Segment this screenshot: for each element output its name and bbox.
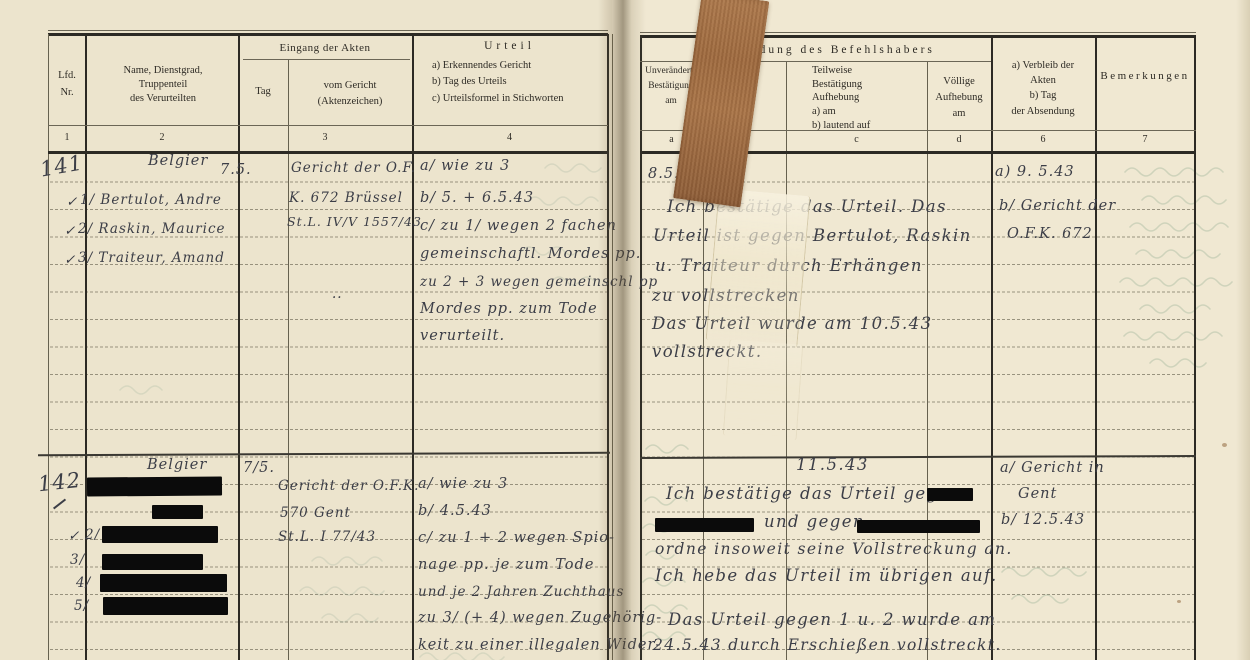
header-eingang-der-akten: Eingang der Akten: [238, 42, 412, 54]
verdict-line: a/ wie zu 3: [420, 158, 510, 174]
column-number-4: 4: [412, 132, 607, 143]
files-line: a) 9. 5.43: [995, 164, 1075, 180]
origin-country: Belgier: [148, 153, 208, 169]
binding-gutter: [598, 0, 646, 660]
column-letter-d: d: [927, 134, 991, 145]
court-line: 570 Gent: [280, 505, 351, 521]
column-letter-c: c: [786, 134, 927, 145]
redaction-bar: [87, 477, 222, 497]
files-line: Gent: [1018, 486, 1057, 502]
column-number-7: 7: [1095, 134, 1195, 145]
column-number-1: 1: [48, 132, 86, 143]
register-spread-scan: Lfd. Nr. Name, Dienstgrad, Truppenteil d…: [0, 0, 1250, 660]
redaction-bar: [857, 520, 980, 533]
decision-date: 11.5.43: [796, 455, 869, 474]
column-number-2: 2: [86, 132, 238, 143]
header-bemerkungen: Bemerkungen: [1095, 70, 1195, 82]
right-edge-shade: [1236, 0, 1250, 660]
verdict-line: Mordes pp. zum Tode: [420, 301, 598, 317]
court-line: St.L. I 77/43: [278, 529, 376, 545]
convict-name: 2/ Raskin, Maurice: [78, 221, 226, 237]
header-bottom-line-left: [48, 125, 608, 126]
header-verbleib-der-akten: a) Verbleib der Akten b) Tag der Absendu…: [991, 58, 1095, 119]
redaction-bar: [103, 597, 228, 615]
verdict-line: b/ 5. + 6.5.43: [420, 190, 534, 206]
paper-speck: [1177, 600, 1181, 603]
convict-prefix: 2/: [85, 527, 100, 543]
column-divider: [412, 34, 414, 660]
verdict-line: nage pp. je zum Tode: [418, 557, 594, 573]
redaction-bar: [655, 518, 754, 532]
numberrow-bottom-line-left: [48, 151, 608, 154]
verdict-line: c/ zu 1/ wegen 2 fachen: [420, 218, 617, 234]
decision-line: Urteil ist gegen Bertulot, Raskin: [653, 226, 972, 245]
convict-name: 1/ Bertulot, Andre: [80, 192, 222, 208]
redaction-bar: [152, 505, 203, 519]
origin-country: Belgier: [147, 457, 207, 473]
decision-line: Ich bestätige das Urteil gegen: [666, 484, 962, 503]
checkmark: ✓: [64, 252, 76, 268]
header-urteil-items: a) Erkennendes Gericht b) Tag des Urteil…: [432, 58, 564, 107]
column-divider: [85, 34, 87, 660]
tape-residue-faint: [723, 340, 804, 441]
header-voellige-aufhebung: Völlige Aufhebung am: [927, 74, 991, 121]
convict-prefix: 3/: [70, 552, 85, 568]
top-rule-left: [48, 33, 608, 36]
court-line: Gericht der O.F.K.: [278, 478, 419, 494]
court-line: Gericht der O.F.: [291, 160, 416, 176]
header-vom-gericht: vom Gericht (Aktenzeichen): [288, 78, 412, 110]
column-number-6: 6: [991, 134, 1095, 145]
header-name-dienstgrad: Name, Dienstgrad, Truppenteil des Verurt…: [89, 64, 237, 107]
checkmark: ✓: [68, 528, 80, 544]
convict-name: 3/ Traiteur, Amand: [78, 250, 225, 266]
decision-line: Ich hebe das Urteil im übrigen auf.: [655, 566, 998, 585]
checkmark: ✓: [66, 194, 78, 210]
header-urteil-title: Urteil: [412, 40, 607, 52]
files-line: O.F.K. 672: [1007, 226, 1093, 242]
convict-prefix: 4/: [76, 575, 91, 591]
eingang-underline: [243, 59, 410, 60]
column-number-3: 3: [238, 132, 412, 143]
tape-residue: [706, 188, 811, 347]
verdict-line: b/ 4.5.43: [418, 503, 492, 519]
convict-prefix: 5/: [74, 598, 89, 614]
column-divider: [238, 34, 240, 660]
verdict-line: a/ wie zu 3: [418, 476, 508, 492]
files-line: b/ 12.5.43: [1001, 512, 1085, 528]
decision-line: Das Urteil gegen 1 u. 2 wurde am: [668, 610, 996, 629]
header-tag: Tag: [238, 86, 288, 97]
verdict-line: c/ zu 1 + 2 wegen Spio-: [418, 530, 615, 546]
receipt-date: 7/5.: [243, 460, 275, 476]
verdict-line: und je 2 Jahren Zuchthaus: [418, 584, 624, 600]
paper-speck: [1222, 443, 1227, 447]
court-line: K. 672 Brüssel: [289, 190, 403, 206]
decision-line: und gegen: [764, 512, 865, 531]
files-line: b/ Gericht der: [999, 198, 1116, 214]
redaction-bar: [100, 574, 227, 592]
header-lfd-nr: Lfd. Nr.: [48, 68, 86, 102]
header-teilweise-bestaetigung: Teilweise Bestätigung Aufhebung a) am b)…: [812, 64, 870, 132]
decision-line: 24.5.43 durch Erschießen vollstreckt.: [653, 636, 1002, 654]
verdict-line: verurteilt.: [420, 328, 505, 344]
redaction-bar: [927, 488, 973, 501]
table-left-border: [48, 34, 49, 660]
files-line: a/ Gericht in: [1000, 460, 1105, 476]
redaction-bar: [102, 526, 218, 543]
top-rule-thin-left: [48, 30, 608, 31]
decision-line: ordne insoweit seine Vollstreckung an.: [655, 540, 1013, 558]
stray-ink-mark: ..: [332, 286, 343, 302]
checkmark: ✓: [64, 223, 76, 239]
receipt-date: 7.5.: [220, 162, 252, 178]
entry-number: 142: [37, 468, 82, 496]
court-line: St.L. IV/V 1557/43: [287, 214, 422, 229]
column-divider: [288, 60, 289, 660]
redaction-bar: [102, 554, 203, 570]
